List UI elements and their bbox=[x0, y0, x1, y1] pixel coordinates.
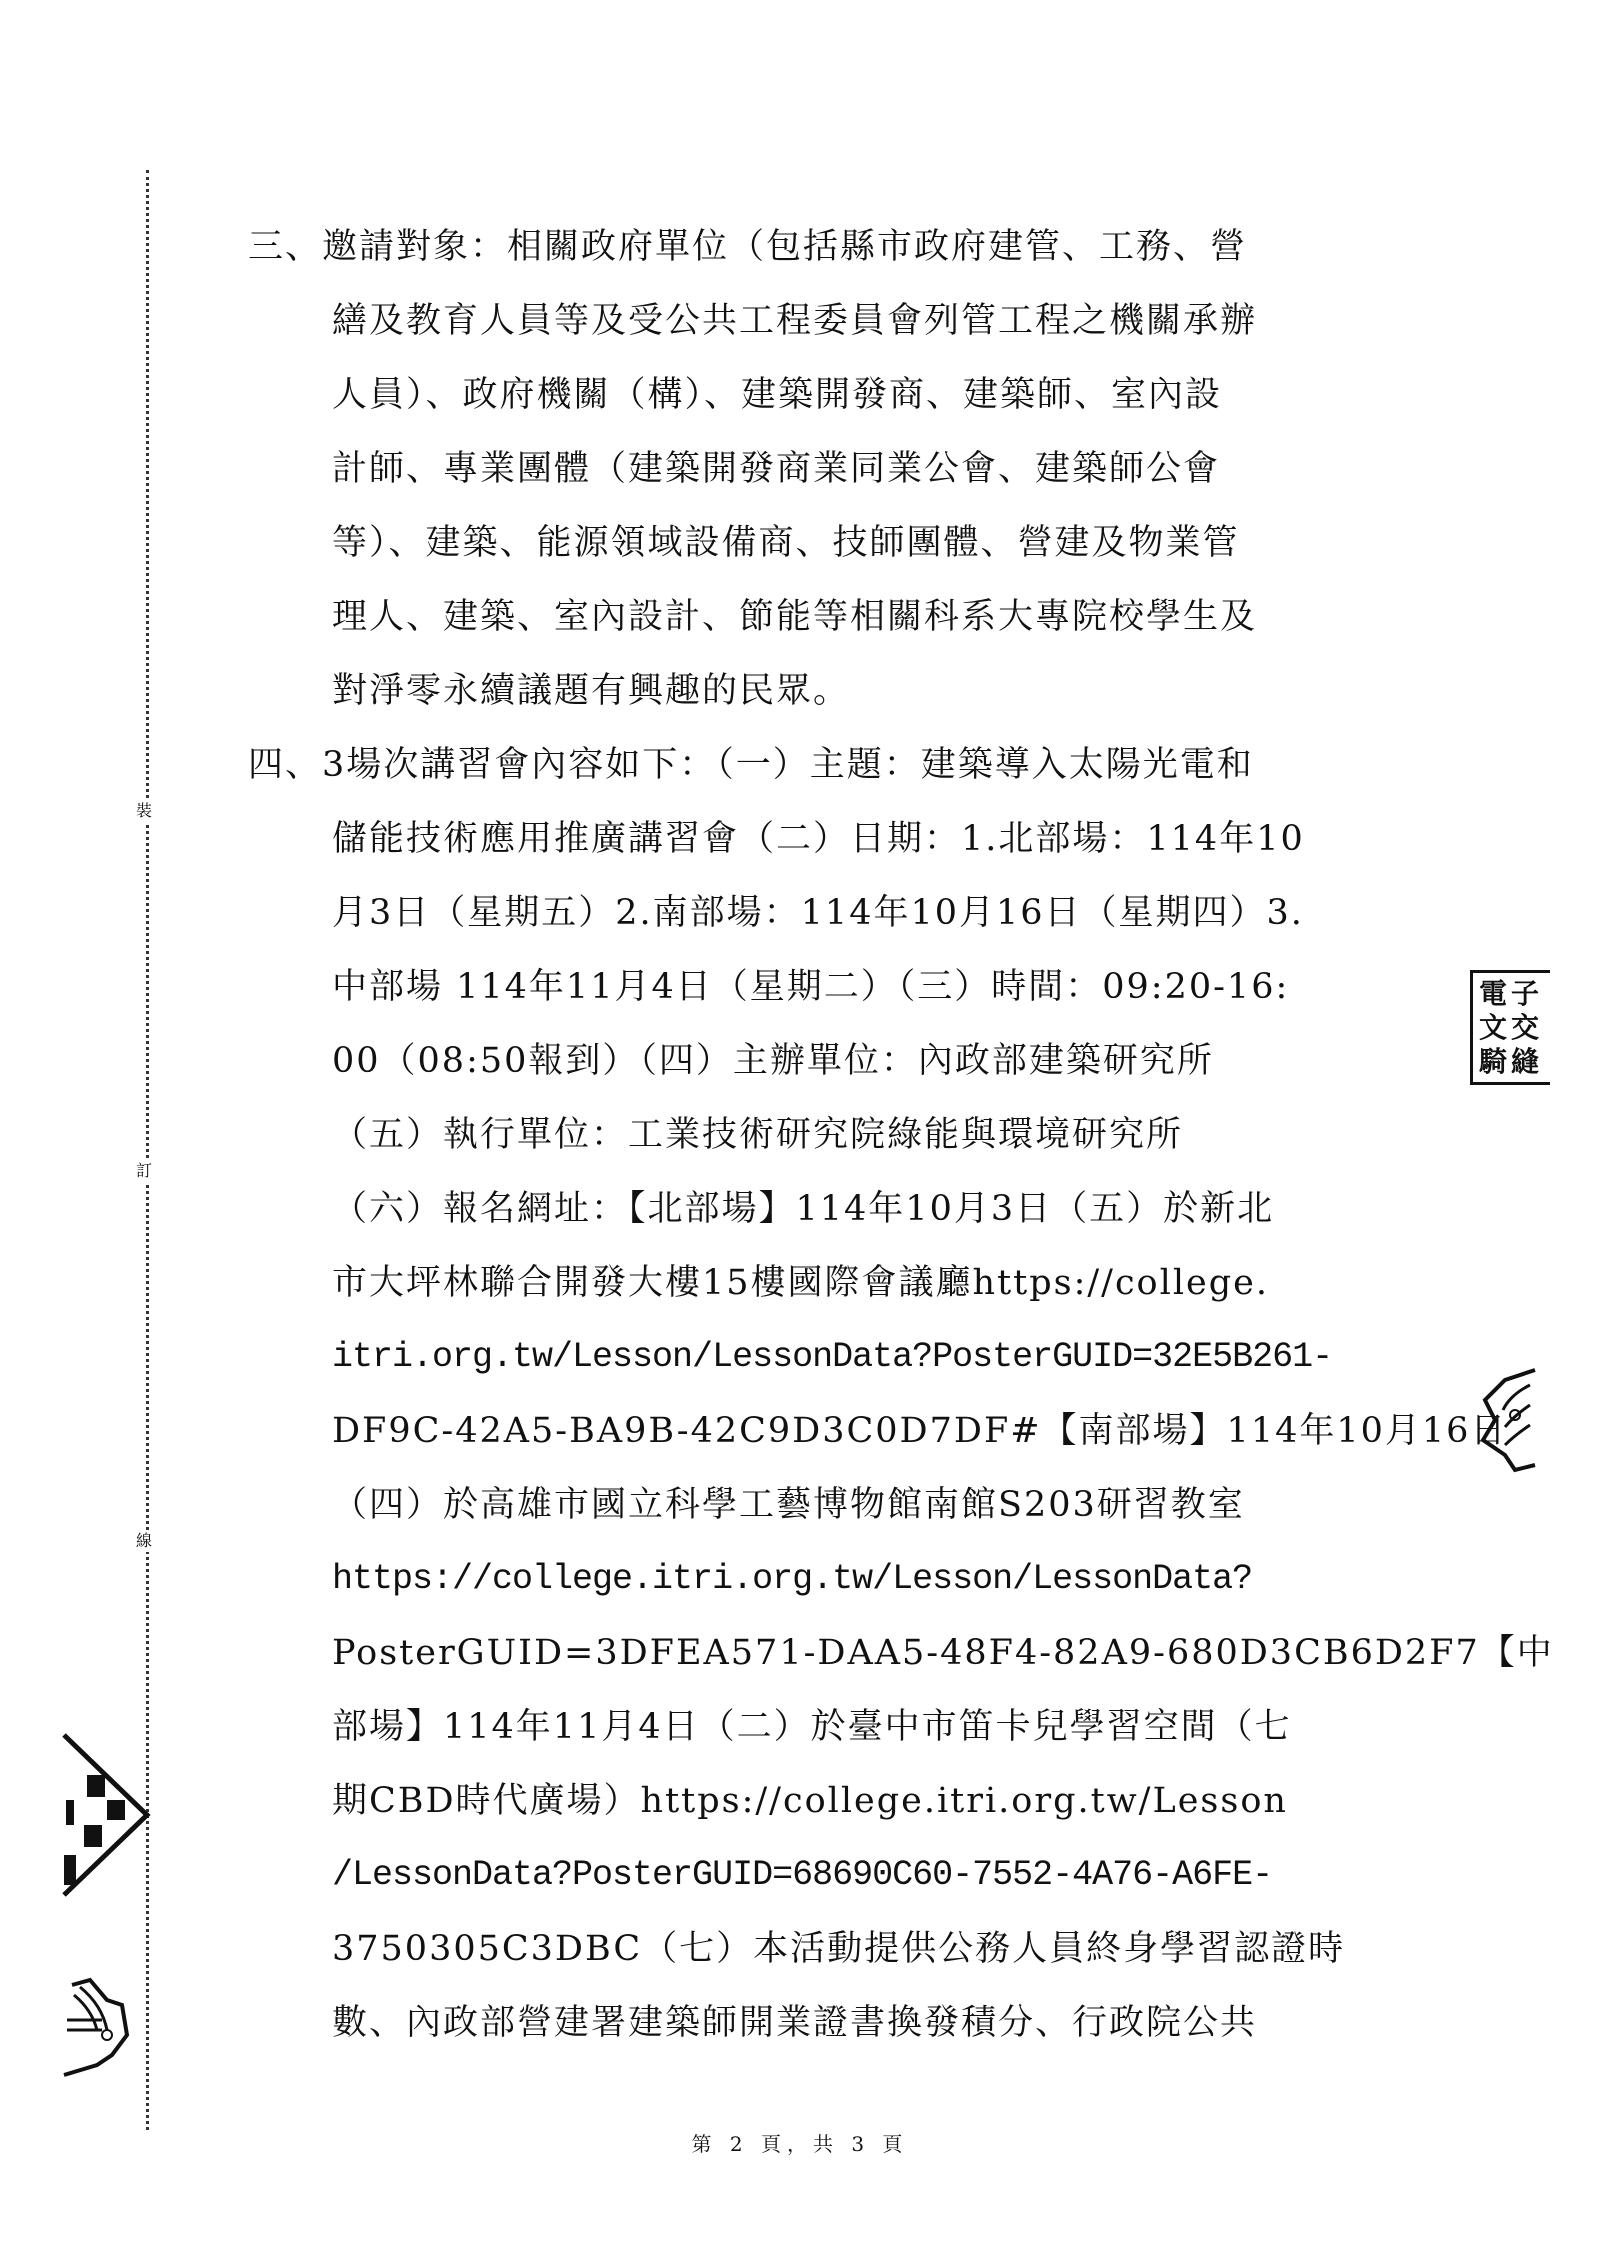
registration-url-line[interactable]: https://college.itri.org.tw/Lesson/Lesso… bbox=[248, 1542, 1398, 1616]
text-line: 理人、建築、室內設計、節能等相關科系大專院校學生及 bbox=[248, 580, 1398, 654]
text-line: 等）、建築、能源領域設備商、技師團體、營建及物業管 bbox=[248, 506, 1398, 580]
text-line: 人員）、政府機關（構）、建築開發商、建築師、室內設 bbox=[248, 358, 1398, 432]
text-line: 市大坪林聯合開發大樓15樓國際會議廳https://college. bbox=[248, 1246, 1398, 1320]
text-line: （六）報名網址：【北部場】114年10月3日（五）於新北 bbox=[248, 1172, 1398, 1246]
section-invitees: 三、邀請對象：相關政府單位（包括縣市政府建管、工務、營 繕及教育人員等及受公共工… bbox=[248, 210, 1398, 728]
text-line: 部場】114年11月4日（二）於臺中市笛卡兒學習空間（七 bbox=[248, 1690, 1398, 1764]
cloud-seal-icon bbox=[1475, 1365, 1545, 1475]
text-line: 計師、專業團體（建築開發商業同業公會、建築師公會 bbox=[248, 432, 1398, 506]
binding-label-ding: 訂 bbox=[136, 1160, 152, 1182]
text-line: 四、3場次講習會內容如下：（一）主題：建築導入太陽光電和 bbox=[248, 728, 1398, 802]
text-line: （五）執行單位：工業技術研究院綠能與環境研究所 bbox=[248, 1098, 1398, 1172]
section-sessions: 四、3場次講習會內容如下：（一）主題：建築導入太陽光電和 儲能技術應用推廣講習會… bbox=[248, 728, 1398, 2060]
text-line: 月3日（星期五）2.南部場：114年10月16日（星期四）3. bbox=[248, 876, 1398, 950]
document-body: 三、邀請對象：相關政府單位（包括縣市政府建管、工務、營 繕及教育人員等及受公共工… bbox=[248, 210, 1398, 2060]
text-line: 三、邀請對象：相關政府單位（包括縣市政府建管、工務、營 bbox=[248, 210, 1398, 284]
triangle-seal-icon bbox=[62, 1730, 152, 1900]
text-line: 儲能技術應用推廣講習會（二）日期：1.北部場：114年10 bbox=[248, 802, 1398, 876]
text-line: 數、內政部營建署建築師開業證書換發積分、行政院公共 bbox=[248, 1986, 1398, 2060]
text-line: 00（08:50報到）（四）主辦單位：內政部建築研究所 bbox=[248, 1024, 1398, 1098]
electronic-seal-stamp: 電 文 騎 子 交 縫 bbox=[1470, 970, 1550, 1085]
cloud-seal-icon bbox=[62, 1975, 132, 2085]
binding-label-xian: 線 bbox=[136, 1530, 152, 1552]
registration-url-line[interactable]: /LessonData?PosterGUID=68690C60-7552-4A7… bbox=[248, 1838, 1398, 1912]
registration-url-line[interactable]: itri.org.tw/Lesson/LessonData?PosterGUID… bbox=[248, 1320, 1398, 1394]
text-line: 對淨零永續議題有興趣的民眾。 bbox=[248, 654, 1398, 728]
section-marker: 三、 bbox=[248, 227, 322, 267]
text-line: 期CBD時代廣場）https://college.itri.org.tw/Les… bbox=[248, 1764, 1398, 1838]
page-indicator: 第 2 頁，共 3 頁 bbox=[0, 2128, 1600, 2157]
binding-label-zhuang: 裝 bbox=[136, 800, 152, 822]
text-line: （四）於高雄市國立科學工藝博物館南館S203研習教室 bbox=[248, 1468, 1398, 1542]
section-marker: 四、 bbox=[248, 745, 322, 785]
text-line: PosterGUID=3DFEA571-DAA5-48F4-82A9-680D3… bbox=[248, 1616, 1398, 1690]
text-line: 3750305C3DBC（七）本活動提供公務人員終身學習認證時 bbox=[248, 1912, 1398, 1986]
text-line: DF9C-42A5-BA9B-42C9D3C0D7DF#【南部場】114年10月… bbox=[248, 1394, 1398, 1468]
text-line: 繕及教育人員等及受公共工程委員會列管工程之機關承辦 bbox=[248, 284, 1398, 358]
text-line: 中部場 114年11月4日（星期二）（三）時間：09:20-16: bbox=[248, 950, 1398, 1024]
